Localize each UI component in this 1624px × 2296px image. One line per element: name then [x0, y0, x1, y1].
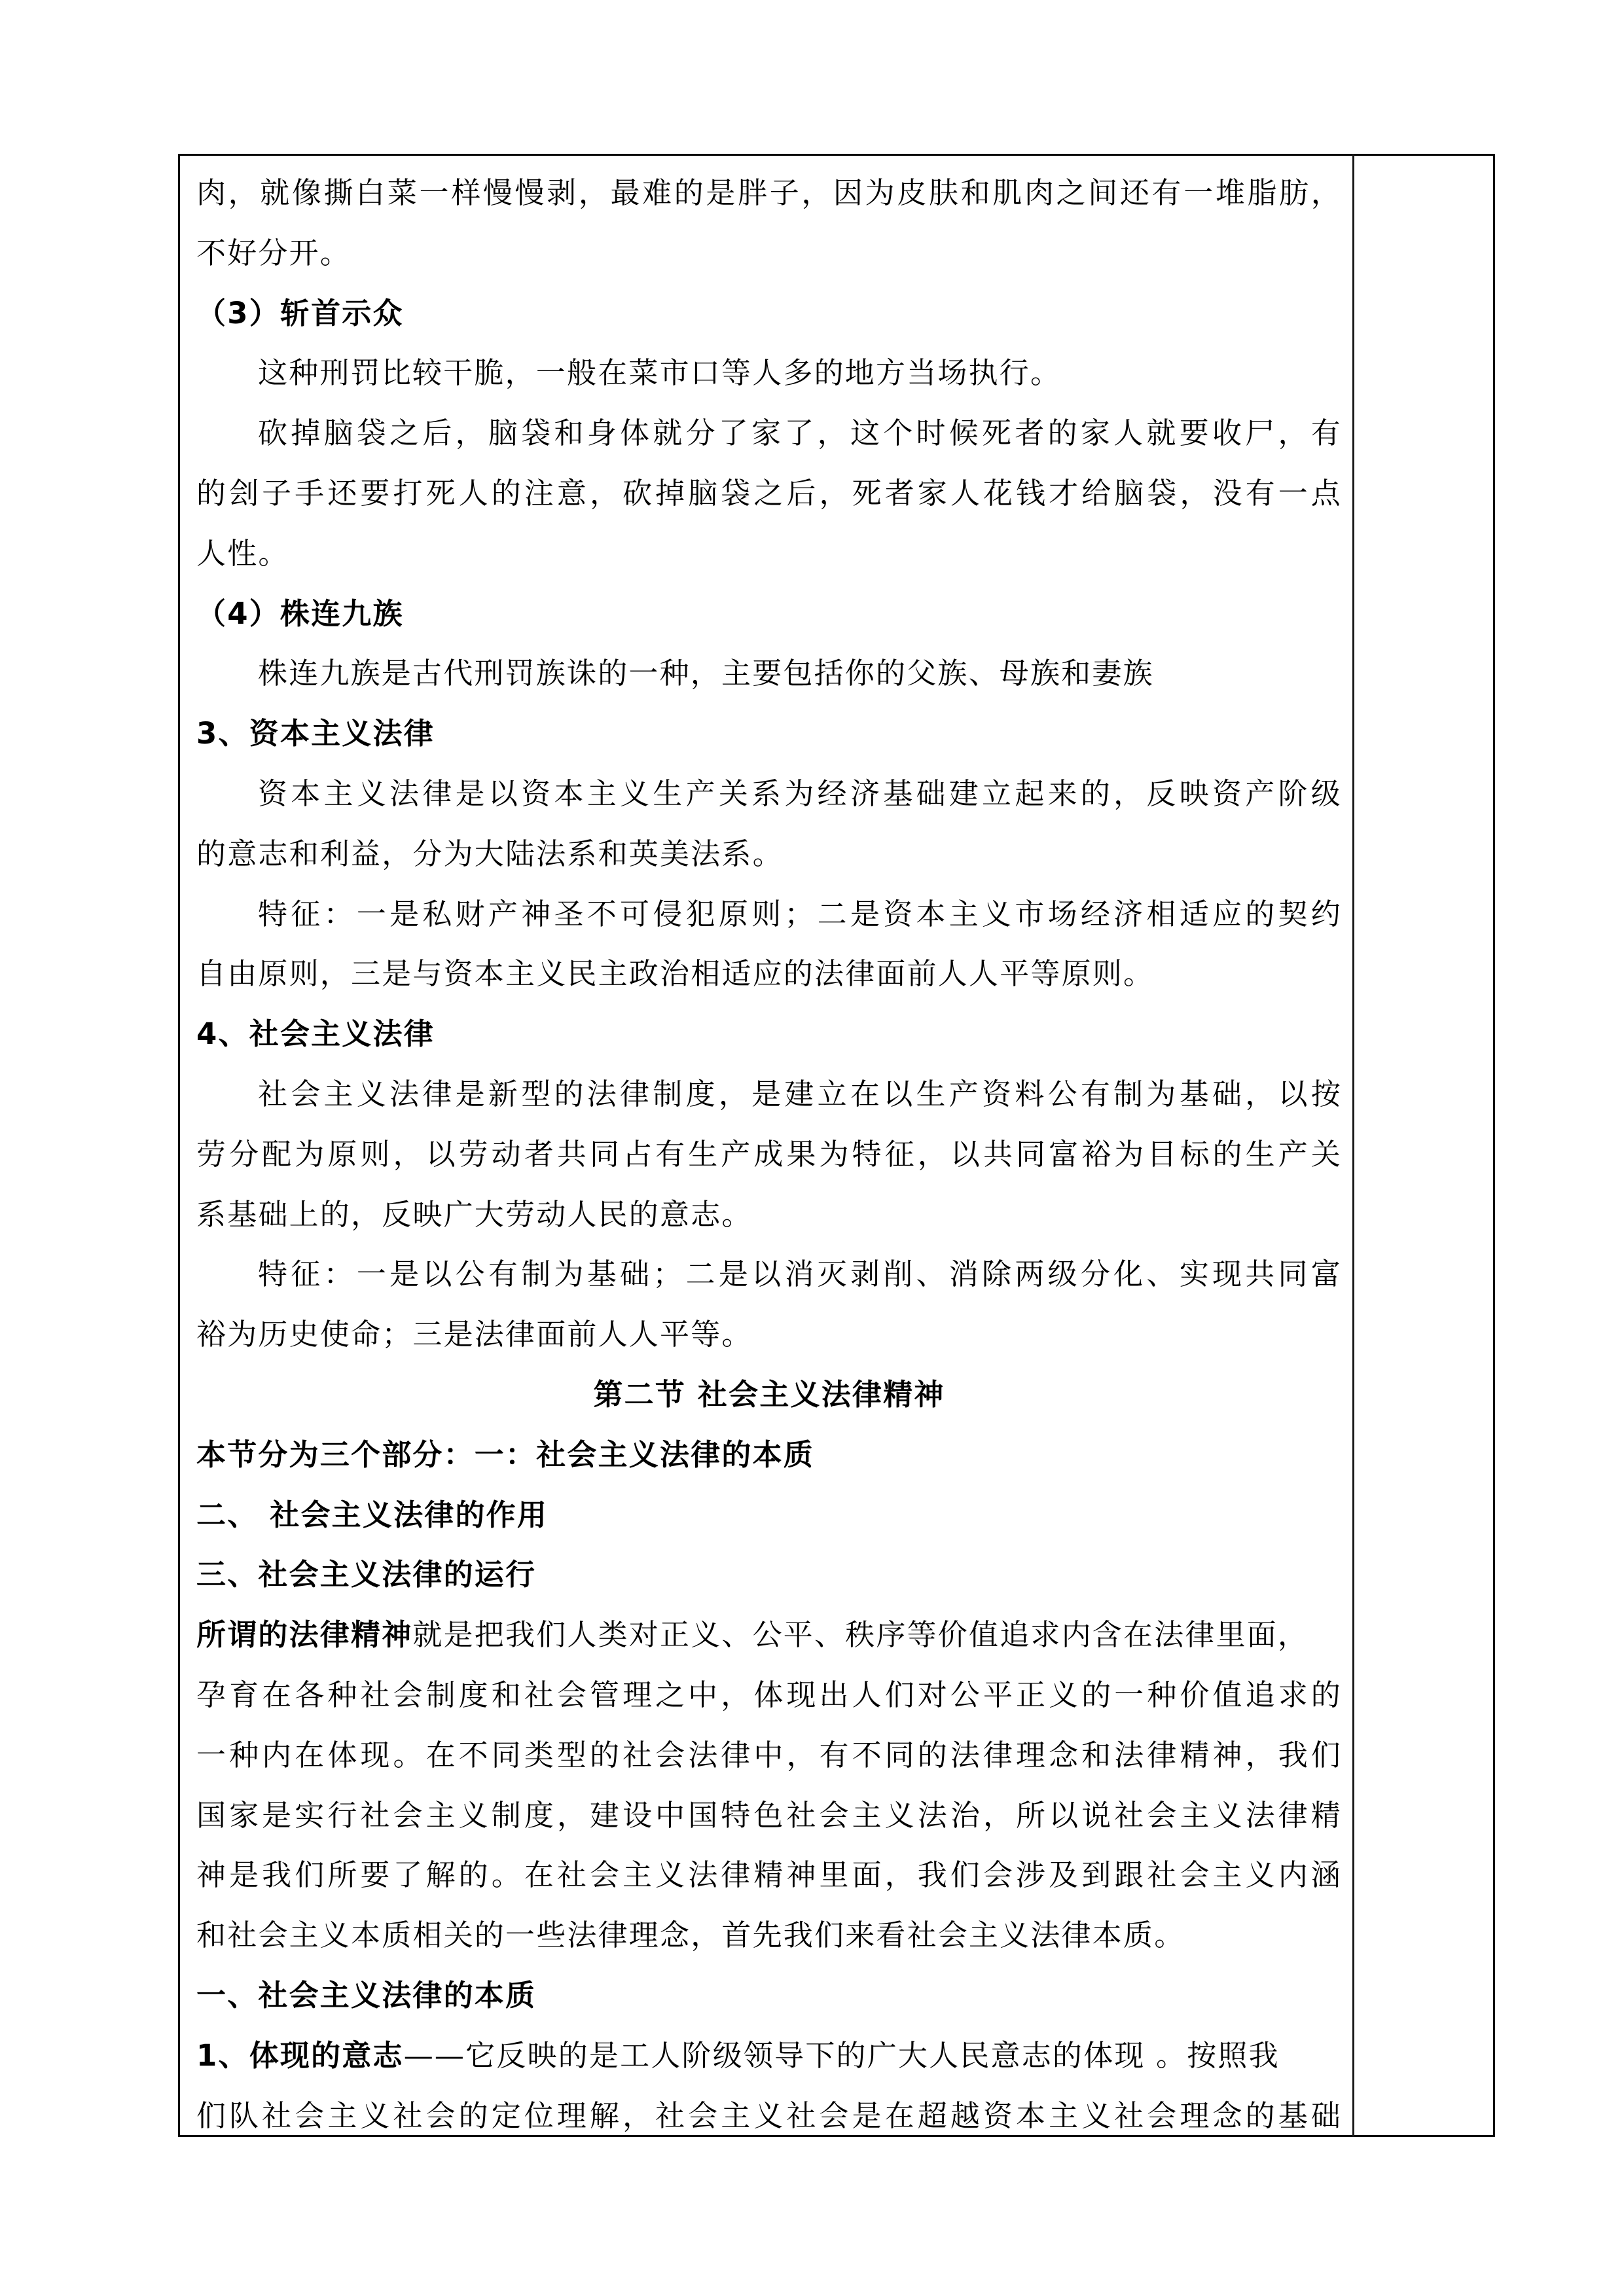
text-line: 神是我们所要了解的。在社会主义法律精神里面，我们会涉及到跟社会主义内涵	[196, 1845, 1342, 1905]
text-line: 和社会主义本质相关的一些法律理念，首先我们来看社会主义法律本质。	[196, 1905, 1342, 1965]
text-line: 1、体现的意志——它反映的是工人阶级领导下的广大人民意志的体现 。按照我	[196, 2026, 1342, 2086]
bold-term: 所谓的法律精神	[196, 1617, 412, 1652]
text-line: 所谓的法律精神就是把我们人类对正义、公平、秩序等价值追求内含在法律里面，	[196, 1605, 1342, 1665]
text-line: 国家是实行社会主义制度，建设中国特色社会主义法治，所以说社会主义法律精	[196, 1785, 1342, 1846]
heading-line: 第二节 社会主义法律精神	[196, 1365, 1342, 1425]
text-line: 特征：一是以公有制为基础；二是以消灭剥削、消除两级分化、实现共同富	[258, 1244, 1342, 1304]
text-run: ——它反映的是工人阶级领导下的广大人民意志的体现 。按照我	[404, 2038, 1280, 2073]
text-line: 的意志和利益，分为大陆法系和英美法系。	[196, 824, 1342, 884]
text-line: 株连九族是古代刑罚族诛的一种，主要包括你的父族、母族和妻族	[258, 643, 1342, 704]
text-line: 砍掉脑袋之后，脑袋和身体就分了家了，这个时候死者的家人就要收尸，有	[258, 403, 1342, 463]
text-line: 裕为历史使命；三是法律面前人人平等。	[196, 1304, 1342, 1365]
text-line: 人性。	[196, 524, 1342, 584]
heading-line: 三、社会主义法律的运行	[196, 1545, 1342, 1605]
heading-line: （3）斩首示众	[196, 283, 1342, 344]
heading-line: 二、 社会主义法律的作用	[196, 1485, 1342, 1545]
heading-line: 3、资本主义法律	[196, 704, 1342, 764]
text-line: 一种内在体现。在不同类型的社会法律中，有不同的法律理念和法律精神，我们	[196, 1725, 1342, 1785]
text-line: 们队社会主义社会的定位理解，社会主义社会是在超越资本主义社会理念的基础	[196, 2086, 1342, 2146]
text-line: 系基础上的，反映广大劳动人民的意志。	[196, 1185, 1342, 1245]
column-divider	[1352, 154, 1354, 2137]
text-line: 自由原则，三是与资本主义民主政治相适应的法律面前人人平等原则。	[196, 944, 1342, 1004]
heading-line: 4、社会主义法律	[196, 1004, 1342, 1064]
text-line: 不好分开。	[196, 223, 1342, 283]
bold-term: 1、体现的意志	[196, 2038, 404, 2073]
text-line: 的刽子手还要打死人的注意，砍掉脑袋之后，死者家人花钱才给脑袋，没有一点	[196, 463, 1342, 524]
heading-line: 一、社会主义法律的本质	[196, 1965, 1342, 2026]
heading-line: （4）株连九族	[196, 584, 1342, 644]
text-line: 资本主义法律是以资本主义生产关系为经济基础建立起来的，反映资产阶级	[258, 764, 1342, 824]
text-run: 就是把我们人类对正义、公平、秩序等价值追求内含在法律里面，	[412, 1617, 1308, 1652]
text-line: 这种刑罚比较干脆，一般在菜市口等人多的地方当场执行。	[258, 343, 1342, 403]
text-line: 特征：一是私财产神圣不可侵犯原则；二是资本主义市场经济相适应的契约	[258, 884, 1342, 944]
text-line: 劳分配为原则，以劳动者共同占有生产成果为特征，以共同富裕为目标的生产关	[196, 1124, 1342, 1185]
heading-line: 本节分为三个部分：一：社会主义法律的本质	[196, 1425, 1342, 1485]
text-line: 社会主义法律是新型的法律制度，是建立在以生产资料公有制为基础，以按	[258, 1064, 1342, 1124]
text-line: 肉，就像撕白菜一样慢慢剥，最难的是胖子，因为皮肤和肌肉之间还有一堆脂肪，	[196, 163, 1342, 223]
text-line: 孕育在各种社会制度和社会管理之中，体现出人们对公平正义的一种价值追求的	[196, 1665, 1342, 1725]
